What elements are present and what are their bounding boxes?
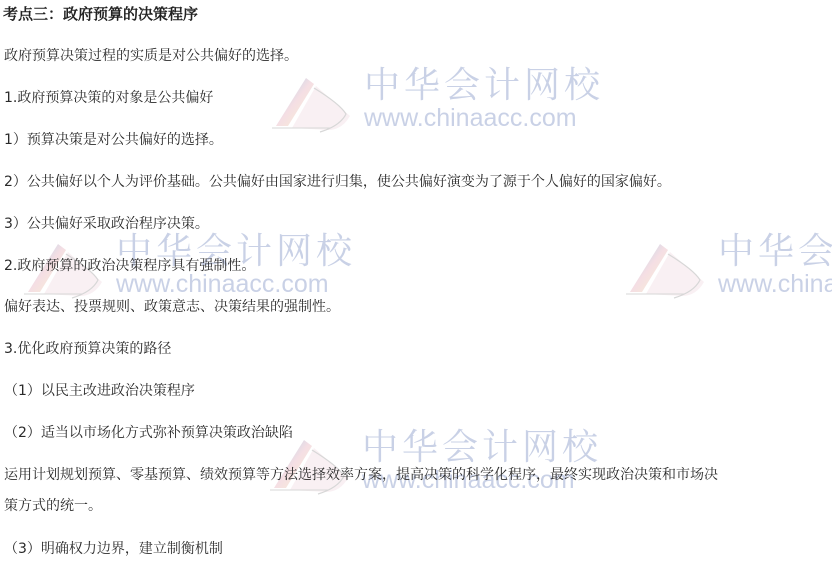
paragraph: 1）预算决策是对公共偏好的选择。 — [4, 131, 223, 149]
watermark-url-text: www.chinaacc.com — [718, 270, 832, 298]
paragraph: 2）公共偏好以个人为评价基础。公共偏好由国家进行归集，使公共偏好演变为了源于个人… — [4, 173, 671, 191]
paragraph: （2）适当以市场化方式弥补预算决策政治缺陷 — [4, 424, 293, 442]
paragraph: 偏好表达、投票规则、政策意志、决策结果的强制性。 — [4, 298, 340, 316]
paragraph: 策方式的统一。 — [4, 497, 102, 515]
paragraph: 2.政府预算的政治决策程序具有强制性。 — [4, 257, 255, 275]
watermark-url-text: www.chinaacc.com — [364, 104, 577, 132]
paragraph: 3）公共偏好采取政治程序决策。 — [4, 215, 209, 233]
paragraph: （1）以民主改进政治决策程序 — [4, 382, 195, 400]
paragraph: 1.政府预算决策的对象是公共偏好 — [4, 89, 213, 107]
paragraph: 政府预算决策过程的实质是对公共偏好的选择。 — [4, 47, 298, 65]
paragraph: （3）明确权力边界，建立制衡机制 — [4, 540, 223, 558]
section-heading: 考点三：政府预算的决策程序 — [3, 5, 198, 23]
watermark-brand-text: 中华会计网校 — [718, 232, 832, 272]
paragraph: 运用计划规划预算、零基预算、绩效预算等方法选择效率方案，提高决策的科学化程序，最… — [4, 466, 718, 484]
chinaacc-logo-icon — [624, 236, 710, 302]
watermark-brand-text: 中华会计网校 — [362, 428, 602, 468]
chinaacc-logo-icon — [270, 70, 356, 136]
watermark-brand-text: 中华会计网校 — [364, 66, 604, 106]
paragraph: 3.优化政府预算决策的路径 — [4, 340, 171, 358]
